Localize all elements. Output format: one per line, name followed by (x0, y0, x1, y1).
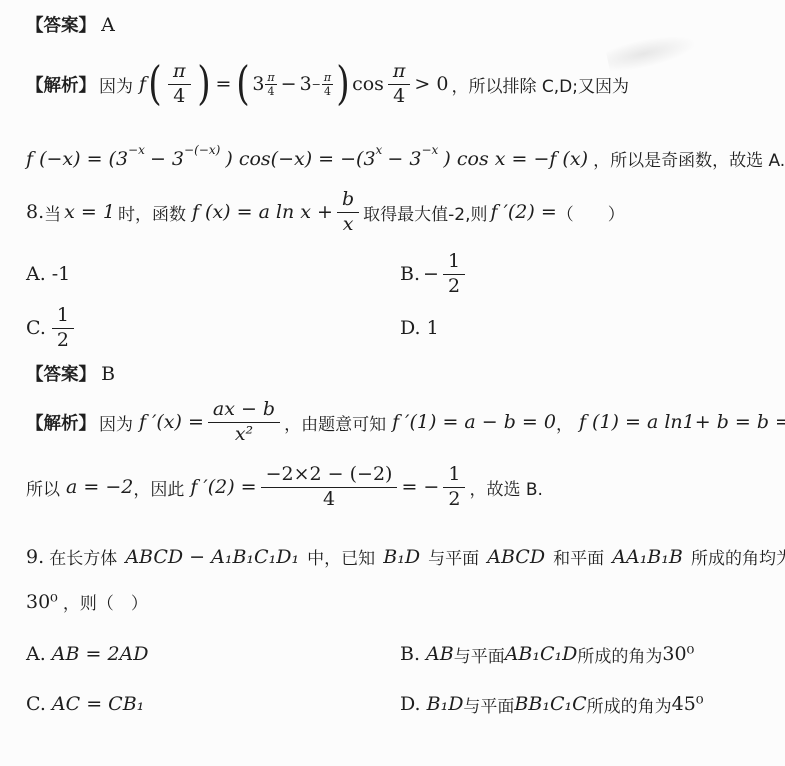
stem-text: 在长方体 (49, 544, 117, 569)
math-token: f (139, 73, 146, 95)
math-fraction: −2×2 − (−2)4 (261, 465, 398, 510)
cos-token: cos (352, 73, 384, 95)
fraction-numerator: ax − b (208, 400, 280, 423)
stem-text: 当 (44, 200, 61, 225)
fraction-numerator: 1 (52, 306, 74, 329)
q8-options-row-1: A. -1 B. − 12 (26, 247, 759, 301)
q9-options-row-1: A. AB = 2AD B. AB 与平面 AB₁C₁D 所成的角为 30⁰ (26, 638, 759, 670)
analysis-label: 【解析】 (26, 410, 96, 435)
q8-option-d: D. 1 (400, 317, 759, 339)
fraction-denominator: 2 (52, 329, 74, 351)
fraction-denominator: 2 (443, 275, 465, 297)
math-fraction: π4 (265, 72, 276, 97)
q9-options-row-2: C. AC = CB₁ D. B₁D 与平面 BB₁C₁C 所成的角为 45⁰ (26, 688, 759, 720)
q8-stem-line: 8. 当 x = 1 时，函数 f (x) = a ln x + bx 取得最大… (26, 185, 759, 239)
fraction-denominator: 4 (261, 488, 398, 510)
math-token: AB₁C₁D (505, 643, 578, 665)
option-text: 与平面 (463, 692, 514, 717)
math-token: ABCD (487, 546, 545, 568)
option-text: 所成的角为 (587, 692, 672, 717)
math-token: x = 1 (64, 201, 115, 223)
option-label: A. (26, 263, 46, 285)
stem-text: 时，函数 (118, 200, 186, 225)
exam-solution-page: 【答案】 A 【解析】 因为 f ( π4 ) = ( 3π4 − 3−π4 )… (0, 0, 785, 766)
math-fraction: 12 (443, 465, 465, 510)
fraction-denominator: 4 (265, 85, 276, 97)
left-paren: ( (148, 64, 161, 103)
q9-option-a: A. AB = 2AD (26, 643, 400, 665)
math-token: ) cos x = −f (x) (443, 148, 588, 170)
minus-sign: − (281, 73, 297, 95)
exponent-fraction: −π4 (312, 72, 334, 97)
q7-analysis-line: 【解析】 因为 f ( π4 ) = ( 3π4 − 3−π4 ) cos π4… (26, 49, 759, 119)
exponent: −x (128, 143, 145, 157)
minus-sign: − (312, 78, 321, 91)
option-label: C. (26, 317, 46, 339)
math-token: AB = 2AD (52, 643, 149, 665)
math-token: 3 (252, 73, 264, 95)
answer-value: B (101, 363, 115, 385)
math-token: − 3 (150, 148, 184, 170)
q8-options-row-2: C. 12 D. 1 (26, 301, 759, 355)
option-text: 与平面 (454, 642, 505, 667)
fraction-denominator: x² (208, 423, 280, 445)
exponent: −(−x) (184, 143, 220, 157)
option-label: A. (26, 643, 46, 665)
math-fraction: 12 (52, 306, 74, 351)
math-token: ABCD − A₁B₁C₁D₁ (125, 546, 299, 568)
answer-label: 【答案】 (26, 12, 96, 37)
text: ，因此 (133, 475, 184, 500)
right-paren: ) (336, 64, 349, 103)
math-token: a = −2 (66, 476, 133, 498)
analysis-label: 【解析】 (26, 72, 96, 97)
degree-value: 45⁰ (672, 693, 704, 715)
exponent-fraction: π4 (264, 72, 277, 97)
math-token: f (−x) = (3 (26, 148, 128, 170)
q9-option-b: B. AB 与平面 AB₁C₁D 所成的角为 30⁰ (400, 642, 759, 667)
fraction-numerator: π (265, 72, 276, 85)
right-paren: ) (197, 64, 210, 103)
text-conclusion: ，所以是奇函数，故选 A. (593, 146, 785, 171)
math-fraction: ax − bx² (208, 400, 280, 445)
exponent-value: −x (421, 143, 438, 157)
exponent: −x (421, 143, 438, 157)
math-fraction: π4 (388, 62, 411, 107)
option-label: D. (400, 317, 421, 339)
q7-answer-line: 【答案】 A (26, 12, 759, 37)
fraction-numerator: π (388, 62, 411, 85)
option-value: -1 (52, 263, 71, 285)
q9-answer-line (26, 740, 759, 759)
answer-value: A (101, 14, 115, 36)
fraction-denominator: 4 (168, 85, 191, 107)
math-token: AA₁B₁B (612, 546, 683, 568)
exponent-value: −x (128, 143, 145, 157)
q8-option-b: B. − 12 (400, 252, 759, 297)
fraction-numerator: π (322, 72, 333, 85)
math-fraction: 12 (443, 252, 465, 297)
q9-stem-line: 9. 在长方体 ABCD − A₁B₁C₁D₁ 中，已知 B₁D 与平面 ABC… (26, 544, 759, 569)
fraction-numerator: b (337, 190, 359, 213)
math-token: ) cos(−x) = −(3 (225, 148, 375, 170)
q9-option-c: C. AC = CB₁ (26, 693, 400, 715)
minus-sign: − (423, 263, 439, 285)
math-token: f (1) = a ln1+ b = b = −2 (579, 411, 785, 433)
math-token: B₁D (383, 546, 420, 568)
option-text: 所成的角为 (577, 642, 662, 667)
math-token: f (x) = a ln x + (192, 201, 333, 223)
option-label: B. (400, 263, 420, 285)
text: ， (556, 410, 573, 435)
answer-label: 【答案】 (26, 361, 96, 386)
q7-odd-function-line: f (−x) = (3−x − 3−(−x) ) cos(−x) = −(3x … (26, 143, 759, 171)
text-conclusion: ，故选 B. (469, 475, 542, 500)
math-token: B₁D (427, 693, 464, 715)
q8-answer-line: 【答案】 B (26, 361, 759, 386)
fraction-numerator: π (168, 62, 191, 85)
math-fraction: bx (337, 190, 359, 235)
text: 所以 (26, 475, 60, 500)
fraction-numerator: 1 (443, 252, 465, 275)
text: ，由题意可知 (284, 410, 386, 435)
equals-sign: = (215, 73, 231, 95)
option-label: D. (400, 693, 421, 715)
option-value: 1 (427, 317, 439, 339)
answer-blank-parens: （ ） (557, 200, 625, 225)
q8-option-a: A. -1 (26, 263, 400, 285)
math-token: > 0 (414, 73, 448, 95)
answer-blank-parens: ，则（ ） (63, 589, 148, 614)
math-fraction: π4 (322, 72, 333, 97)
stem-text: 与平面 (428, 544, 479, 569)
math-token: AC = CB₁ (52, 693, 144, 715)
fraction-numerator: −2×2 − (−2) (261, 465, 398, 488)
text: 因为 (99, 410, 133, 435)
q8-option-c: C. 12 (26, 306, 400, 351)
exponent-value: −(−x) (184, 143, 220, 157)
math-token: f ′(x) = (139, 411, 204, 433)
stem-text: 和平面 (553, 544, 604, 569)
option-label: C. (26, 693, 46, 715)
fraction-denominator: 4 (322, 85, 333, 97)
left-paren: ( (237, 64, 250, 103)
fraction-denominator: 2 (443, 488, 465, 510)
q9-option-d: D. B₁D 与平面 BB₁C₁C 所成的角为 45⁰ (400, 692, 759, 717)
stem-text: 中，已知 (307, 544, 375, 569)
math-token: BB₁C₁C (514, 693, 586, 715)
q8-conclusion-line: 所以 a = −2 ，因此 f ′(2) = −2×2 − (−2)4 = − … (26, 456, 759, 518)
exponent-value: x (376, 143, 383, 157)
option-label: B. (400, 643, 420, 665)
degree-value: 30⁰ (662, 643, 694, 665)
math-token: AB (426, 643, 454, 665)
math-token: − 3 (387, 148, 421, 170)
stem-text: 取得最大值-2,则 (363, 200, 487, 225)
question-number: 8. (26, 201, 44, 223)
fraction-denominator: 4 (388, 85, 411, 107)
math-token: f ′(2) = (491, 201, 557, 223)
text-conclusion: ，所以排除 C,D;又因为 (451, 72, 629, 97)
q8-analysis-line: 【解析】 因为 f ′(x) = ax − bx² ，由题意可知 f ′(1) … (26, 394, 759, 450)
fraction-numerator: 1 (443, 465, 465, 488)
math-token: 3 (300, 73, 312, 95)
math-token: = − (401, 476, 439, 498)
question-number: 9. (26, 546, 44, 568)
text-because: 因为 (99, 72, 133, 97)
q9-stem-line-2: 30⁰ ，则（ ） (26, 589, 759, 614)
math-fraction: π4 (168, 62, 191, 107)
math-token: f ′(1) = a − b = 0 (392, 411, 556, 433)
math-token: 30⁰ (26, 591, 58, 613)
math-token: f ′(2) = (190, 476, 256, 498)
fraction-denominator: x (337, 213, 359, 235)
exponent: x (376, 143, 383, 157)
stem-text: 所成的角均为 (691, 544, 785, 569)
